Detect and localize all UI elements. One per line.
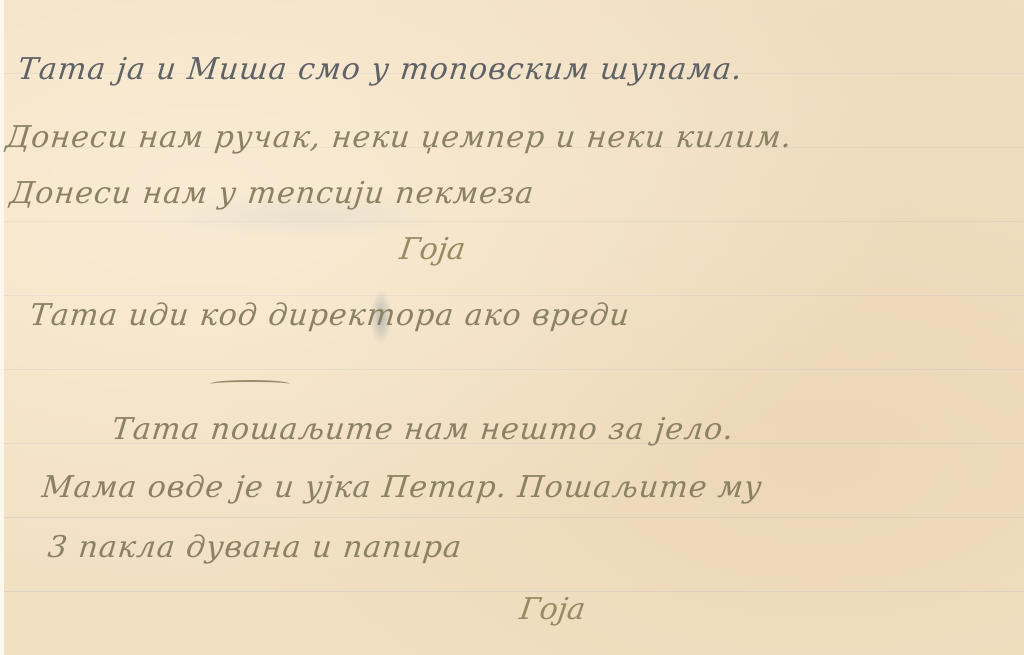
letter-line-7: 3 пакла дувана и папира — [46, 530, 464, 565]
signature-2: Гоја — [518, 592, 588, 627]
letter-line-6: Мама овде је и ујка Петар. Пошаљите му — [40, 470, 764, 505]
letter-line-1: Тата ја и Миша смо у топовским шупама. — [16, 52, 744, 87]
letter-line-4: Тата иди код директора ако вреди — [28, 298, 632, 333]
divider-stroke — [210, 380, 290, 388]
page-edge — [0, 0, 4, 655]
letter-page: Тата ја и Миша смо у топовским шупама. Д… — [0, 0, 1024, 655]
letter-line-3: Донеси нам у тепсији пекмеза — [8, 176, 536, 211]
letter-line-2: Донеси нам ручак, неки џемпер и неки кил… — [4, 120, 794, 155]
signature-1: Гоја — [398, 232, 468, 267]
letter-line-5: Тата пошаљите нам нешто за јело. — [110, 412, 736, 447]
